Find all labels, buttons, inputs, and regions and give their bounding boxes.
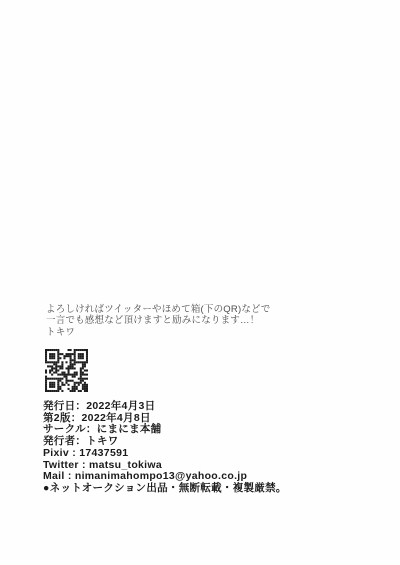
publication-info-line-pixiv: Pixiv : 17437591: [43, 448, 373, 460]
publication-info-line-notice: ●ネットオークション出品・無断転載・複製厳禁。: [43, 483, 373, 495]
afterword-line: トキワ: [46, 327, 366, 338]
qr-code: [45, 349, 88, 392]
afterword-line: よろしければツイッターやほめて箱(下のQR)などで: [46, 304, 366, 315]
publication-info: 発行日：2022年4月3日 第2版：2022年4月8日 サークル：にまにま本舗 …: [43, 401, 373, 495]
colophon-page: よろしければツイッターやほめて箱(下のQR)などで 一言でも感想など頂けますと励…: [0, 0, 400, 565]
qr-code-container: [45, 349, 88, 392]
publication-info-line-issue-date: 発行日：2022年4月3日: [43, 401, 373, 413]
afterword-line: 一言でも感想など頂けますと励みになります…！: [46, 315, 366, 326]
afterword-note: よろしければツイッターやほめて箱(下のQR)などで 一言でも感想など頂けますと励…: [46, 304, 366, 338]
